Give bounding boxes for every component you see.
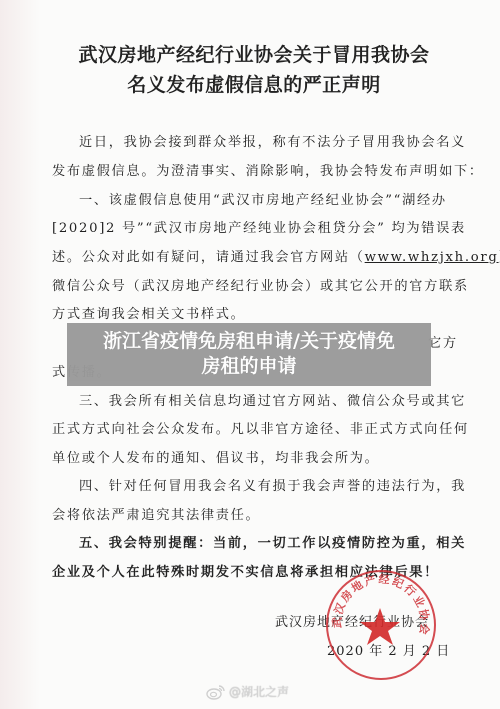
overlay-title-line-2: 房租的申请 bbox=[67, 354, 431, 378]
seal-star-icon: 武汉房地产经纪行业协会 bbox=[328, 572, 433, 677]
paragraph-line: 会将依法严肃追究其法律责任。 bbox=[52, 504, 452, 523]
paragraph-line: 发布虚假信息。为澄清事实、消除影响，我协会特发布声明如下： bbox=[52, 160, 452, 179]
official-seal: 武汉房地产经纪行业协会 bbox=[326, 570, 436, 680]
paragraph-line-with-link: 述。公众对此如有疑问，请通过我会官方网站（www.whzjxh.org）、 bbox=[52, 246, 452, 265]
paragraph-line: 单位或个人发布的通知、倡议书，均非我会所为。 bbox=[52, 447, 452, 466]
official-website-link[interactable]: www.whzjxh.org bbox=[365, 250, 499, 265]
paragraph-line: 近日，我协会接到群众举报，称有不法分子冒用我协会名义 bbox=[79, 131, 479, 150]
paragraph-line: 方式查询我会相关文书样式。 bbox=[52, 303, 452, 322]
paragraph-line: 正式方式向社会公众发布。凡以非官方途径、非正式方式向任何 bbox=[52, 418, 452, 437]
watermark-text: @湖北之声 bbox=[229, 683, 289, 700]
document-title-line-1: 武汉房地产经纪行业协会关于冒用我协会 bbox=[8, 40, 500, 67]
paragraph-line: 微信公众号（武汉房地产经纪行业协会）或其它公开的官方联系 bbox=[52, 275, 452, 294]
overlay-title-line-1: 浙江省疫情免房租申请/关于疫情免 bbox=[67, 329, 431, 353]
weibo-icon bbox=[206, 684, 226, 700]
paragraph-line-bold: 五、我会特别提醒：当前，一切工作以疫情防控为重，相关 bbox=[79, 532, 479, 551]
headline-overlay-banner: 浙江省疫情免房租申请/关于疫情免 房租的申请 bbox=[67, 323, 431, 386]
paragraph-line: 四、针对任何冒用我会名义有损于我会声誉的违法行为，我 bbox=[79, 475, 479, 494]
weibo-watermark: @湖北之声 bbox=[206, 683, 289, 700]
paragraph-line: 三、我会所有相关信息均通过官方网站、微信公众号或其它 bbox=[79, 390, 479, 409]
paragraph-line: [2020]2 号”“武汉市房地产经纯业协会租贷分会” 均为错误表 bbox=[52, 217, 452, 236]
paragraph-line-partial: 它方 bbox=[428, 332, 458, 351]
paragraph-line: 一、该虚假信息使用“武汉市房地产经纪业协会”“湖经办 bbox=[79, 189, 479, 208]
document-title-line-2: 名义发布虚假信息的严正声明 bbox=[8, 70, 500, 97]
paragraph-text: 述。公众对此如有疑问，请通过我会官方网站（ bbox=[52, 250, 365, 265]
